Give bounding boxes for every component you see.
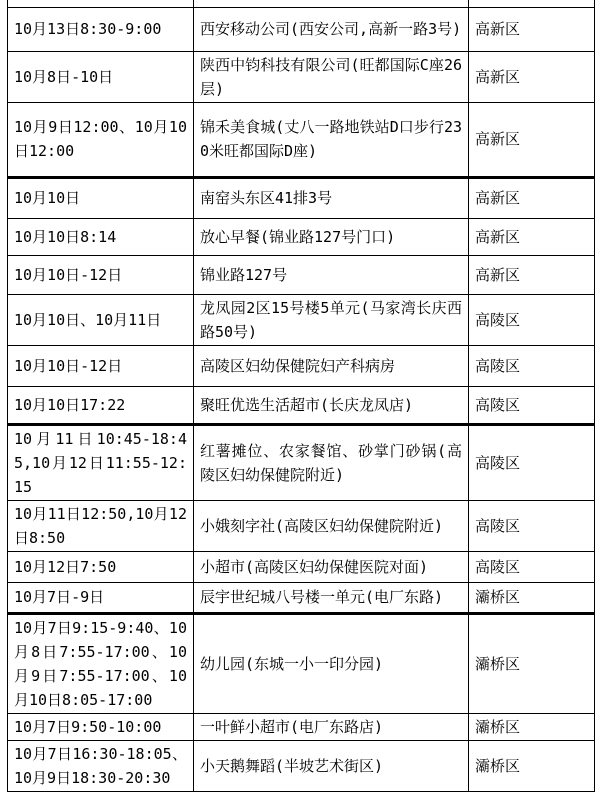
district-cell: 高陵区 <box>469 386 595 424</box>
table-row: 10月10日8:14 放心早餐(锦业路127号门口) 高新区 <box>8 218 595 255</box>
location-cell: 小娥刻字社(高陵区妇幼保健院附近) <box>194 500 469 551</box>
table-row: 10月7日-9日 辰宇世纪城八号楼一单元(电厂东路) 灞桥区 <box>8 582 595 613</box>
time-cell: 10月9日12:00、10月10日12:00 <box>8 102 194 177</box>
time-cell: 10月12日7:50 <box>8 551 194 582</box>
time-cell: 10月10日17:22 <box>8 386 194 424</box>
time-cell: 10月7日-9日 <box>8 582 194 613</box>
district-cell: 高陵区 <box>469 551 595 582</box>
table-row: 10月7日9:50-10:00 一叶鲜小超市(电厂东路店) 灞桥区 <box>8 713 595 740</box>
time-cell: 10月10日-12日 <box>8 255 194 294</box>
location-cell: 聚旺优选生活超市(长庆龙凤店) <box>194 386 469 424</box>
location-cell: 高陵区妇幼保健院妇产科病房 <box>194 345 469 386</box>
district-cell: 高新区 <box>469 51 595 102</box>
table-row: 10月11日12:50,10月12日8:50 小娥刻字社(高陵区妇幼保健院附近)… <box>8 500 595 551</box>
table-row: 10月10日17:22 聚旺优选生活超市(长庆龙凤店) 高陵区 <box>8 386 595 424</box>
location-cell: 幼儿园(东城一小一印分园) <box>194 613 469 713</box>
location-cell: 南窑头东区41排3号 <box>194 177 469 218</box>
location-cell: 龙凤园2区15号楼5单元(马家湾长庆西路50号) <box>194 294 469 345</box>
table-row: 10月7日16:30-18:05、10月9日18:30-20:30 小天鹅舞蹈(… <box>8 740 595 778</box>
trace-table: 10月13日8:30-9:00 西安移动公司(西安公司,高新一路3号) 高新区 … <box>7 0 595 778</box>
location-cell: 放心早餐(锦业路127号门口) <box>194 218 469 255</box>
district-cell: 高新区 <box>469 255 595 294</box>
district-cell: 高陵区 <box>469 294 595 345</box>
table-row: 10月10日、10月11日 龙凤园2区15号楼5单元(马家湾长庆西路50号) 高… <box>8 294 595 345</box>
location-cell: 陕西中钧科技有限公司(旺都国际C座26层) <box>194 51 469 102</box>
district-cell: 高新区 <box>469 218 595 255</box>
table-row: 10月8日-10日 陕西中钧科技有限公司(旺都国际C座26层) 高新区 <box>8 51 595 102</box>
time-cell: 10月7日9:50-10:00 <box>8 713 194 740</box>
time-cell: 10月7日16:30-18:05、10月9日18:30-20:30 <box>8 740 194 778</box>
time-cell: 10月10日 <box>8 177 194 218</box>
location-cell: 锦业路127号 <box>194 255 469 294</box>
table-row: 10月13日8:30-9:00 西安移动公司(西安公司,高新一路3号) 高新区 <box>8 7 595 51</box>
location-cell: 小超市(高陵区妇幼保健医院对面) <box>194 551 469 582</box>
cropped-cell <box>469 0 595 7</box>
time-cell: 10月10日-12日 <box>8 345 194 386</box>
table-row: 10月9日12:00、10月10日12:00 锦禾美食城(丈八一路地铁站D口步行… <box>8 102 595 177</box>
time-cell: 10月7日9:15-9:40、10月8日7:55-17:00、10月9日7:55… <box>8 613 194 713</box>
location-cell: 一叶鲜小超市(电厂东路店) <box>194 713 469 740</box>
district-cell: 高陵区 <box>469 500 595 551</box>
location-cell: 红薯摊位、农家餐馆、砂掌门砂锅(高陵区妇幼保健院附近) <box>194 424 469 500</box>
time-cell: 10月8日-10日 <box>8 51 194 102</box>
cropped-cell <box>8 0 194 7</box>
time-cell: 10月10日8:14 <box>8 218 194 255</box>
time-cell: 10月13日8:30-9:00 <box>8 7 194 51</box>
cropped-row <box>8 0 595 7</box>
time-cell: 10月11日12:50,10月12日8:50 <box>8 500 194 551</box>
district-cell: 灞桥区 <box>469 740 595 778</box>
table-row: 10月7日9:15-9:40、10月8日7:55-17:00、10月9日7:55… <box>8 613 595 713</box>
trace-table-container: 10月13日8:30-9:00 西安移动公司(西安公司,高新一路3号) 高新区 … <box>7 0 595 778</box>
cropped-cell <box>194 0 469 7</box>
table-row: 10月10日 南窑头东区41排3号 高新区 <box>8 177 595 218</box>
location-cell: 西安移动公司(西安公司,高新一路3号) <box>194 7 469 51</box>
location-cell: 锦禾美食城(丈八一路地铁站D口步行230米旺都国际D座) <box>194 102 469 177</box>
table-row: 10月10日-12日 高陵区妇幼保健院妇产科病房 高陵区 <box>8 345 595 386</box>
district-cell: 灞桥区 <box>469 582 595 613</box>
district-cell: 高陵区 <box>469 345 595 386</box>
district-cell: 高陵区 <box>469 424 595 500</box>
time-cell: 10月11日10:45-18:45,10月12日11:55-12:15 <box>8 424 194 500</box>
district-cell: 灞桥区 <box>469 713 595 740</box>
table-row: 10月12日7:50 小超市(高陵区妇幼保健医院对面) 高陵区 <box>8 551 595 582</box>
table-row: 10月10日-12日 锦业路127号 高新区 <box>8 255 595 294</box>
table-row: 10月11日10:45-18:45,10月12日11:55-12:15 红薯摊位… <box>8 424 595 500</box>
district-cell: 高新区 <box>469 102 595 177</box>
location-cell: 小天鹅舞蹈(半坡艺术街区) <box>194 740 469 778</box>
location-cell: 辰宇世纪城八号楼一单元(电厂东路) <box>194 582 469 613</box>
district-cell: 高新区 <box>469 7 595 51</box>
district-cell: 高新区 <box>469 177 595 218</box>
time-cell: 10月10日、10月11日 <box>8 294 194 345</box>
district-cell: 灞桥区 <box>469 613 595 713</box>
